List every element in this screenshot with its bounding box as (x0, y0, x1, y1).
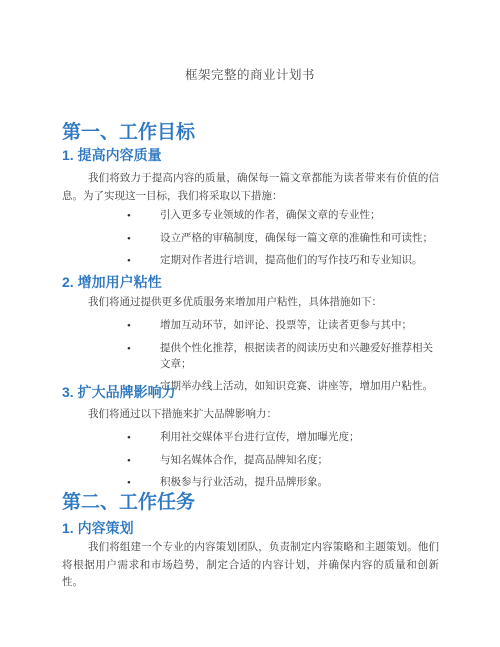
document-title: 框架完整的商业计划书 (0, 67, 500, 83)
bullet-text: 提供个性化推荐，根据读者的阅读历史和兴趣爱好推荐相关文章； (160, 343, 433, 370)
bullet-item: • 提供个性化推荐，根据读者的阅读历史和兴趣爱好推荐相关文章； (62, 341, 439, 373)
bullet-icon: • (127, 208, 131, 224)
subsection-heading-1-1: 1. 提高内容质量 (62, 147, 439, 164)
bullet-item: • 与知名媒体合作，提高品牌知名度； (62, 453, 439, 469)
bullet-text: 设立严格的审稿制度，确保每一篇文章的准确性和可读性； (160, 233, 433, 244)
bullet-text: 积极参与行业活动，提升品牌形象。 (160, 477, 328, 488)
bullet-item: • 增加互动环节，如评论、投票等，让读者更参与其中； (62, 318, 439, 334)
bullet-icon: • (127, 430, 131, 446)
section-heading-2: 第二、工作任务 (62, 491, 439, 514)
paragraph-1-1: 我们将致力于提高内容的质量，确保每一篇文章都能为读者带来有价值的信息。为了实现这… (62, 170, 439, 205)
bullet-item: • 积极参与行业活动，提升品牌形象。 (62, 475, 439, 491)
paragraph-2-1: 我们将组建一个专业的内容策划团队，负责制定内容策略和主题策划。他们将根据用户需求… (62, 539, 439, 592)
paragraph-1-2: 我们将通过提供更多优质服务来增加用户粘性，具体措施如下： (62, 294, 439, 312)
bullet-text: 增加互动环节，如评论、投票等，让读者更参与其中； (160, 320, 412, 331)
bullet-item: • 设立严格的审稿制度，确保每一篇文章的准确性和可读性； (62, 231, 439, 247)
subsection-heading-2-1: 1. 内容策划 (62, 520, 439, 537)
document-page: 框架完整的商业计划书 第一、工作目标 1. 提高内容质量 我们将致力于提高内容的… (0, 0, 500, 647)
bullet-text: 引入更多专业领域的作者，确保文章的专业性； (160, 210, 381, 221)
section-heading-1: 第一、工作目标 (62, 121, 439, 144)
bullet-item: • 定期对作者进行培训，提高他们的写作技巧和专业知识。 (62, 253, 439, 269)
bullet-icon: • (127, 231, 131, 247)
paragraph-1-3: 我们将通过以下措施来扩大品牌影响力： (62, 406, 439, 424)
bullet-item: • 引入更多专业领域的作者，确保文章的专业性； (62, 208, 439, 224)
bullet-text: 与知名媒体合作，提高品牌知名度； (160, 455, 328, 466)
bullet-icon: • (127, 253, 131, 269)
bullet-text: 定期对作者进行培训，提高他们的写作技巧和专业知识。 (160, 255, 423, 266)
bullet-list-1-3: • 利用社交媒体平台进行宣传，增加曝光度； • 与知名媒体合作，提高品牌知名度；… (62, 430, 439, 498)
bullet-icon: • (127, 341, 131, 357)
bullet-list-1-1: • 引入更多专业领域的作者，确保文章的专业性； • 设立严格的审稿制度，确保每一… (62, 208, 439, 276)
bullet-icon: • (127, 453, 131, 469)
subsection-heading-1-3: 3. 扩大品牌影响力 (62, 384, 439, 401)
bullet-icon: • (127, 318, 131, 334)
bullet-text: 利用社交媒体平台进行宣传，增加曝光度； (160, 432, 360, 443)
subsection-heading-1-2: 2. 增加用户粘性 (62, 274, 439, 291)
bullet-icon: • (127, 475, 131, 491)
bullet-item: • 利用社交媒体平台进行宣传，增加曝光度； (62, 430, 439, 446)
